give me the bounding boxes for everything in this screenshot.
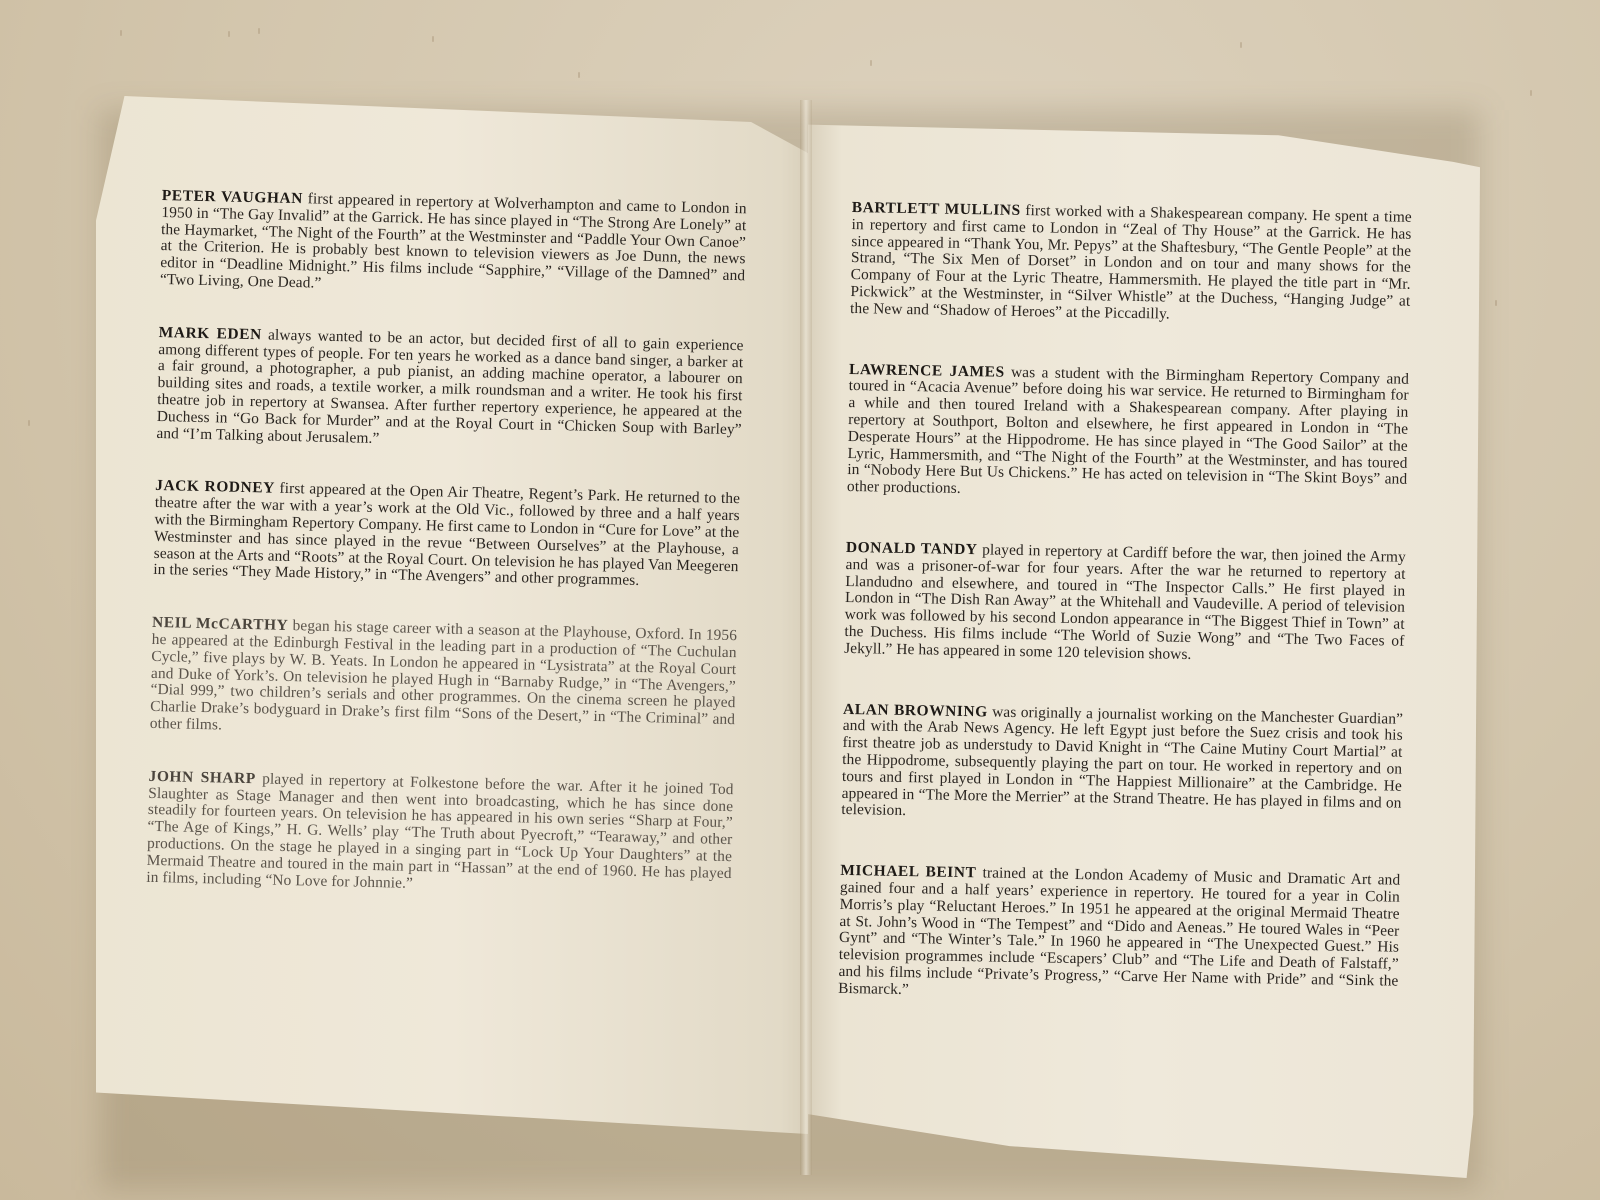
right-page-column: BARTLETT MULLINSfirst worked with a Shak… <box>837 200 1412 1051</box>
bio-neil-mccarthy: NEIL McCARTHYbegan his stage career with… <box>150 615 738 746</box>
bio-bartlett-mullins: BARTLETT MULLINSfirst worked with a Shak… <box>850 200 1412 327</box>
bio-text: was originally a journalist working on t… <box>841 703 1403 819</box>
table-speck <box>1240 42 1242 48</box>
bio-text: began his stage career with a season at … <box>150 617 738 733</box>
table-speck <box>1530 90 1532 96</box>
table-speck <box>1495 300 1497 306</box>
table-speck <box>258 28 260 34</box>
booklet-spine <box>800 100 812 1175</box>
bio-jack-rodney: JACK RODNEYfirst appeared at the Open Ai… <box>153 478 740 592</box>
bio-text: was a student with the Birmingham Repert… <box>847 363 1409 497</box>
bio-peter-vaughan: PETER VAUGHANfirst appeared in repertory… <box>160 188 747 302</box>
bio-alan-browning: ALAN BROWNINGwas originally a journalist… <box>841 701 1403 828</box>
table-speck <box>870 60 872 66</box>
bio-donald-tandy: DONALD TANDYplayed in repertory at Cardi… <box>844 540 1406 667</box>
bio-john-sharp: JOHN SHARPplayed in repertory at Folkest… <box>146 769 734 900</box>
bio-text: always wanted to be an actor, but decide… <box>156 326 744 446</box>
table-speck <box>228 31 230 37</box>
bio-text: played in repertory at Cardiff before th… <box>844 541 1406 663</box>
bio-text: trained at the London Academy of Music a… <box>838 864 1400 997</box>
bio-text: first appeared in repertory at Wolverham… <box>160 190 747 291</box>
bio-michael-beint: MICHAEL BEINTtrained at the London Acade… <box>838 863 1400 1007</box>
bio-mark-eden: MARK EDENalways wanted to be an actor, b… <box>156 325 744 456</box>
table-speck <box>432 36 434 42</box>
table-speck <box>578 72 580 78</box>
bio-text: first appeared at the Open Air Theatre, … <box>153 480 740 589</box>
bio-text: first worked with a Shakespearean compan… <box>850 202 1412 322</box>
bio-text: played in repertory at Folkestone before… <box>146 770 734 891</box>
table-speck <box>28 420 30 426</box>
left-page-column: PETER VAUGHANfirst appeared in repertory… <box>145 188 747 935</box>
table-speck <box>120 30 122 36</box>
bio-lawrence-james: LAWRENCE JAMESwas a student with the Bir… <box>847 362 1409 506</box>
